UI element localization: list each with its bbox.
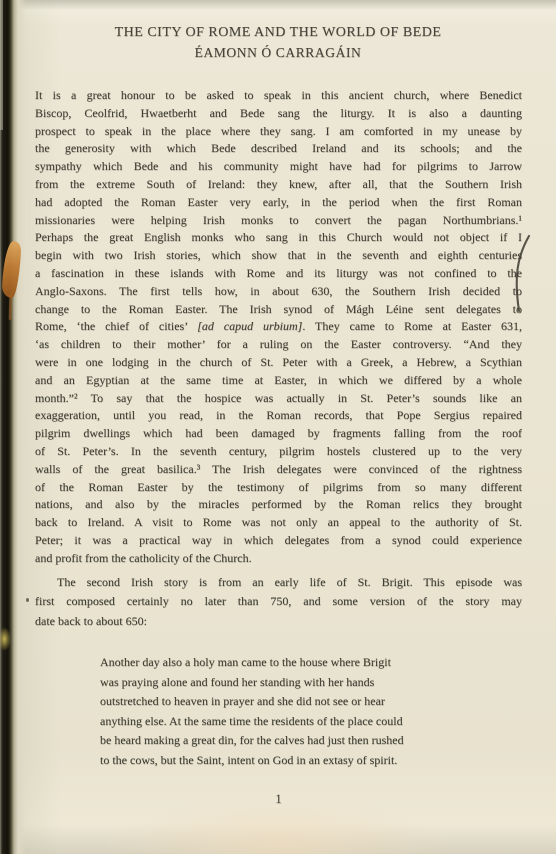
book-page: THE CITY OF ROME AND THE WORLD OF BEDE É…	[0, 0, 556, 854]
text-line: It is a great honour to be asked to spea…	[35, 87, 522, 105]
text-line: from the extreme South of Ireland: they …	[35, 176, 522, 194]
page-edge-spot	[0, 627, 11, 651]
text-line: month.”² To say that the hospice was act…	[35, 390, 522, 408]
author-name: ÉAMONN Ó CARRAGÁIN	[0, 45, 556, 61]
text-line: of the Roman Easter by the testimony of …	[35, 479, 522, 497]
text-line: to the cows, but the Saint, intent on Go…	[100, 751, 445, 771]
text-line: had adopted the Roman Easter very early,…	[35, 194, 522, 212]
book-spine-shadow	[0, 0, 26, 854]
text-line: first composed certainly no later than 7…	[35, 592, 522, 611]
text-line: nations, and also by the miracles perfor…	[35, 496, 522, 514]
text-line: change to the Roman Easter. The Irish sy…	[35, 301, 522, 319]
text-line: was praying alone and found her standing…	[100, 673, 445, 693]
text-line: of St. Peter’s. In the seventh century, …	[35, 443, 522, 461]
spine-light-streak	[0, 0, 3, 130]
text-line: prospect to speak in the place where the…	[35, 123, 522, 141]
text-line: the generosity with which Bede described…	[35, 140, 522, 158]
text-line: and an Egyptian at the same time at East…	[35, 372, 522, 390]
text-line: Anglo-Saxons. The first tells how, in ab…	[35, 283, 522, 301]
text-line: anything else. At the same time the resi…	[100, 712, 445, 732]
text-line: a fascination in these islands with Rome…	[35, 265, 522, 283]
text-line: walls of the great basilica.³ The Irish …	[35, 461, 522, 479]
text-line: Biscop, Ceolfrid, Hwaetberht and Bede sa…	[35, 105, 522, 123]
page-title: THE CITY OF ROME AND THE WORLD OF BEDE	[0, 25, 556, 41]
page-number: 1	[35, 792, 522, 807]
text-line: sympathy which Bede and his community mi…	[35, 158, 522, 176]
text-line: be heard making a great din, for the cal…	[100, 731, 445, 751]
text-line: outstretched to heaven in prayer and she…	[100, 692, 445, 712]
block-quote: Another day also a holy man came to the …	[100, 653, 445, 771]
text-line: pilgrim dwellings which had been damaged…	[35, 425, 522, 443]
ink-speck	[26, 598, 29, 602]
text-line: date back to about 650:	[35, 612, 522, 631]
text-line: Rome, ‘the chief of cities’ [ad capud ur…	[35, 318, 522, 336]
text-line: Peter; it was a practical way in which d…	[35, 532, 522, 550]
text-line: The second Irish story is from an early …	[35, 573, 522, 592]
text-line: Perhaps the great English monks who sang…	[35, 229, 522, 247]
text-line: were in one lodging in the church of St.…	[35, 354, 522, 372]
text-line: exaggeration, until you read, in the Rom…	[35, 407, 522, 425]
text-line: Another day also a holy man came to the …	[100, 653, 445, 673]
paragraph-2: The second Irish story is from an early …	[35, 573, 522, 631]
text-line: begin with two Irish stories, which show…	[35, 247, 522, 265]
paragraph-1: It is a great honour to be asked to spea…	[35, 87, 522, 568]
text-line: missionaries were helping Irish monks to…	[35, 212, 522, 230]
text-line: ‘as children to their mother’ for a ruli…	[35, 336, 522, 354]
text-line: back to Ireland. A visit to Rome was not…	[35, 514, 522, 532]
text-line: and profit from the catholicity of the C…	[35, 550, 522, 568]
